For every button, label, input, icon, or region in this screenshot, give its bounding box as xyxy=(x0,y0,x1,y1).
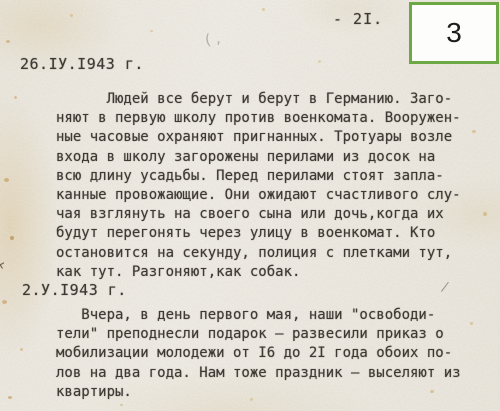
corner-number-box: 3 xyxy=(409,2,499,64)
scanned-document-page: ( , ‹ / - 2I. 3 26.IУ.I943 г. Людей все … xyxy=(0,0,500,411)
paper-speck xyxy=(70,14,73,17)
paper-speck xyxy=(10,236,14,240)
entry-date: 26.IУ.I943 г. xyxy=(20,55,144,73)
edge-stray-mark: ‹ xyxy=(0,254,9,275)
paper-speck xyxy=(4,178,9,182)
paper-speck xyxy=(2,300,7,304)
entry-text: Вчера, в день первого мая, наши "освобод… xyxy=(56,306,461,402)
page-number: - 2I. xyxy=(333,10,383,28)
paper-speck xyxy=(6,40,10,43)
paper-speck xyxy=(318,60,321,63)
paper-speck xyxy=(472,130,476,133)
paper-speck xyxy=(8,396,12,399)
corner-number-label: 3 xyxy=(446,17,462,49)
paper-speck xyxy=(14,96,17,99)
entry-text: Людей все берут и берут в Германию. Заго… xyxy=(56,90,461,282)
paper-speck xyxy=(20,348,23,351)
pencil-mark: ( , xyxy=(204,29,222,49)
paper-speck xyxy=(150,30,153,32)
paper-speck xyxy=(483,212,487,216)
paper-speck xyxy=(120,404,123,406)
paper-speck xyxy=(470,322,473,325)
paper-speck xyxy=(262,8,265,11)
entry-date: 2.У.I943 г. xyxy=(22,281,127,299)
